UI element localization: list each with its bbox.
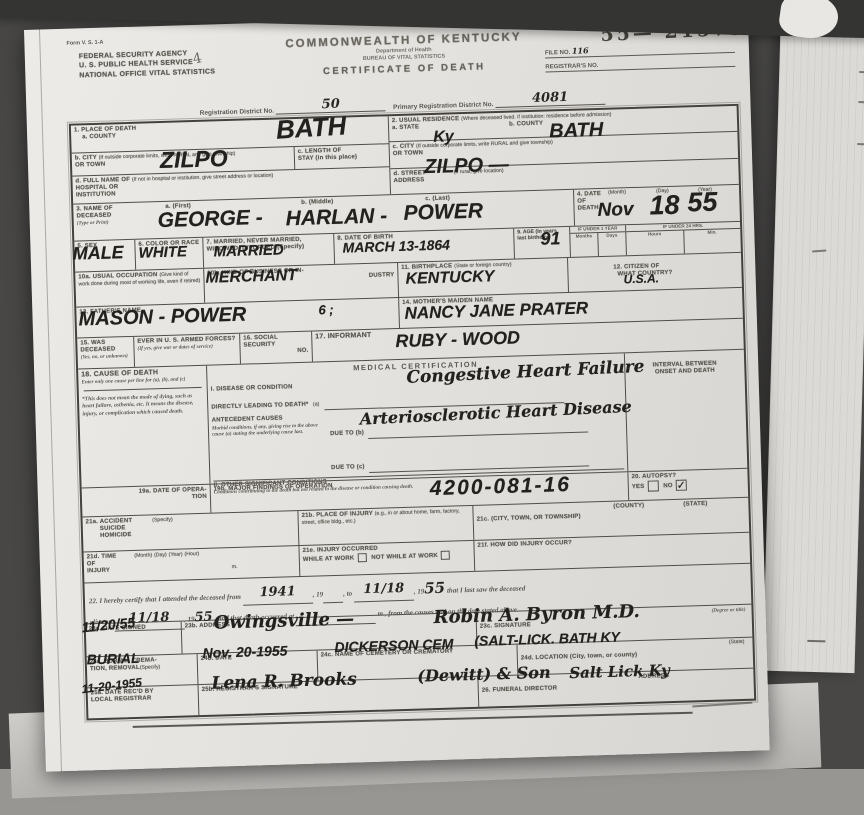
age-label-2: last birthday) bbox=[517, 235, 566, 242]
not-while-2: AT WORK bbox=[408, 553, 438, 560]
autopsy-yes-label: YES bbox=[632, 484, 645, 490]
certificate-form-box: 1. PLACE OF DEATH a. COUNTY b. CITY (If … bbox=[69, 104, 756, 721]
residence-city-label-text: c. CITY bbox=[393, 144, 415, 151]
middle-name-label: b. (Middle) bbox=[301, 199, 333, 207]
certify-p1: 22. I hereby certify that I attended the… bbox=[89, 593, 241, 606]
paper-fold-line bbox=[39, 30, 62, 772]
field-marital: 7. MARRIED, NEVER MARRIED, WIDOWED, DIVO… bbox=[202, 234, 334, 268]
not-while-label: NOT WHILE AT WORK bbox=[371, 553, 438, 561]
certify-p2: , 19 bbox=[313, 590, 324, 598]
street-label-text: d. STREET bbox=[393, 170, 426, 177]
field-cemetery: 24c. NAME OF CEMETERY OR CREMATORY bbox=[317, 645, 518, 681]
not-while-checkbox bbox=[441, 550, 450, 559]
pencil-line-bottom-right bbox=[692, 702, 752, 708]
under-1-year-cols: Months Days bbox=[570, 232, 626, 257]
state-label: a. STATE bbox=[392, 124, 419, 131]
burial-note: (Specify) bbox=[140, 664, 161, 671]
autopsy-options: YES NO✓ bbox=[632, 478, 745, 492]
while-at-work-label: WHILE AT WORK bbox=[303, 555, 355, 563]
injury-city-label: 21c. (CITY, TOWN, OR TOWNSHIP) bbox=[477, 514, 581, 523]
section-place-of-death: 1. PLACE OF DEATH a. COUNTY b. CITY (If … bbox=[71, 116, 390, 203]
field-accident-suicide: 21a. ACCIDENT (Specify) SUICIDE HOMICIDE bbox=[82, 511, 298, 551]
registrar-no-line: REGISTRAR'S NO. bbox=[545, 59, 735, 73]
field-citizen: 12. CITIZEN OF WHAT COUNTRY? bbox=[567, 253, 742, 292]
time-injury-month: (Month) bbox=[118, 552, 152, 559]
hw-attended-to-yr: 55 bbox=[424, 579, 445, 598]
commonwealth-block: COMMONWEALTH OF KENTUCKY Department of H… bbox=[278, 31, 529, 78]
field-burial-date: 24b. DATE bbox=[197, 651, 318, 685]
date-signed-label: 23a. DATE SIGNED bbox=[89, 624, 178, 634]
field-sex: 5. SEX bbox=[74, 240, 135, 272]
field-date-signed: 23a. DATE SIGNED bbox=[86, 622, 182, 657]
birthplace-label-text: 11. BIRTHPLACE bbox=[401, 263, 452, 271]
burial-date-label: 24b. DATE bbox=[201, 653, 314, 663]
months-col: Months bbox=[570, 233, 598, 257]
field-place-of-injury: 21b. PLACE OF INJURY (e.g., in or about … bbox=[297, 506, 473, 545]
funeral-director-label: 26. FUNERAL DIRECTOR bbox=[482, 685, 558, 693]
reg-district-label: Registration District No. bbox=[200, 108, 275, 117]
field-under-1-year: IF UNDER 1 YEAR Months Days bbox=[569, 225, 626, 257]
burial-state-label: (State) bbox=[729, 640, 745, 646]
residence-county-label: b. COUNTY bbox=[509, 121, 543, 128]
hours-col: Hours bbox=[626, 230, 683, 255]
row-cause-of-death: 18. CAUSE OF DEATH Enter only one cause … bbox=[78, 349, 747, 488]
accident-note: (Specify) bbox=[134, 517, 173, 524]
burial-location-label: 24d. LOCATION (City, town, or county) bbox=[521, 652, 638, 661]
autopsy-yes-checkbox bbox=[647, 480, 658, 491]
autopsy-no-checkbox: ✓ bbox=[676, 479, 687, 490]
field-autopsy: 20. AUTOPSY? YES NO✓ bbox=[627, 469, 748, 501]
cause-divider bbox=[84, 387, 202, 392]
reg-district-blank: 50 bbox=[276, 95, 386, 114]
time-injury-day: (Day) bbox=[154, 552, 167, 558]
primary-district-label: Primary Registration District No. bbox=[393, 101, 494, 111]
a-label: (a) bbox=[313, 401, 320, 407]
section-medical-certification: MEDICAL CERTIFICATION I. DISEASE OR COND… bbox=[206, 353, 627, 483]
due-c-label: DUE TO (c) bbox=[331, 464, 365, 471]
armed-label: 15. WAS DECEASED bbox=[80, 339, 130, 354]
city-label-text: b. CITY bbox=[75, 155, 97, 162]
microfilm-death-certificate-scan: 4 Form V. S. 1-A FEDERAL SECURITY AGENCY… bbox=[0, 0, 864, 815]
cause-footnote: *This does not mean the mode of dying, s… bbox=[82, 393, 205, 418]
autopsy-no-label: NO bbox=[663, 483, 673, 489]
cause-b-blank bbox=[369, 431, 589, 439]
fd-address-label: ADDRESS bbox=[638, 673, 669, 681]
while-at-1: WHILE AT bbox=[303, 556, 333, 563]
file-no-label: FILE NO. bbox=[545, 50, 571, 57]
certify-p5: that I last saw the deceased bbox=[447, 584, 526, 594]
field-business: 10b. KIND OF BUSINESS OR IN- DUSTRY bbox=[203, 263, 398, 303]
form-number: Form V. S. 1-A bbox=[66, 40, 103, 47]
place-injury-label-text: 21b. PLACE OF INJURY bbox=[301, 511, 373, 519]
due-to-lines: DUE TO (b) DUE TO (c) bbox=[330, 413, 624, 474]
hw-attended-to: 11/18 bbox=[363, 581, 404, 597]
birthplace-note: (State or foreign country) bbox=[454, 262, 512, 270]
part1-label: I. DISEASE OR CONDITION bbox=[211, 384, 293, 392]
section-cause-left: 18. CAUSE OF DEATH Enter only one cause … bbox=[78, 366, 209, 488]
file-no-line: FILE NO. 116 bbox=[545, 41, 735, 59]
adjacent-page-texture bbox=[763, 0, 864, 673]
birthplace-label: 11. BIRTHPLACE (State or foreign country… bbox=[401, 260, 564, 272]
dod-year-label: (Year) bbox=[698, 188, 712, 194]
time-injury-d3: INJURY bbox=[87, 568, 110, 575]
hw-reg-district: 50 bbox=[321, 97, 340, 113]
field-birthplace: 11. BIRTHPLACE (State or foreign country… bbox=[397, 258, 568, 297]
edge-text-speck bbox=[859, 71, 864, 73]
occupation-label: 10a. USUAL OCCUPATION (Give kind of work… bbox=[78, 271, 200, 289]
field-armed-forces-b: EVER IN U. S. ARMED FORCES? (If yes, giv… bbox=[133, 334, 240, 367]
field-age: 9. AGE (In years last birthday) bbox=[513, 227, 570, 259]
burial-label-2-text: TION, REMOVAL bbox=[90, 665, 140, 672]
place-injury-label: 21b. PLACE OF INJURY (e.g., in or about … bbox=[301, 508, 469, 527]
field-race: 6. COLOR OR RACE bbox=[134, 238, 203, 270]
field-injury-occurred: 21e. INJURY OCCURRED WHILE AT WORK NOT W… bbox=[298, 541, 474, 576]
min-col: Min. bbox=[683, 228, 741, 253]
field-armed-forces-a: 15. WAS DECEASED (Yes, no, or unknown) bbox=[77, 337, 134, 369]
armed-note: (Yes, no, or unknown) bbox=[81, 353, 131, 360]
due-b-label: DUE TO (b) bbox=[330, 430, 364, 437]
degree-note: (Degree or title) bbox=[711, 607, 745, 614]
field-interval: INTERVAL BETWEEN ONSET AND DEATH bbox=[624, 350, 747, 472]
cemetery-label: 24c. NAME OF CEMETERY OR CREMATORY bbox=[321, 647, 514, 660]
not-while-1: NOT WHILE bbox=[371, 554, 407, 561]
time-injury-year: (Year) bbox=[169, 552, 183, 558]
morbid-note: Morbid conditions, if any, giving rise t… bbox=[212, 422, 331, 477]
edge-text-speck bbox=[858, 101, 864, 103]
injury-state-label: (STATE) bbox=[683, 501, 707, 509]
section-usual-residence: 2. USUAL RESIDENCE (Where deceased lived… bbox=[388, 106, 739, 194]
field-burial-type: 24a. BURIAL, CREMA- TION, REMOVAL(Specif… bbox=[87, 654, 198, 687]
last-name-label: c. (Last) bbox=[425, 195, 450, 203]
under-24-hrs-cols: Hours Min. bbox=[626, 228, 741, 255]
first-name-label: a. (First) bbox=[165, 203, 191, 211]
dod-day-label: (Day) bbox=[656, 189, 669, 195]
file-no-value: 116 bbox=[572, 45, 589, 55]
field-date-of-birth: 8. DATE OF BIRTH bbox=[333, 229, 514, 264]
field-length-of-stay: c. LENGTH OF STAY (in this place) bbox=[294, 144, 390, 169]
certify-from-blank: 1941 bbox=[242, 582, 313, 606]
hw-primary-district: 4081 bbox=[532, 90, 569, 106]
edge-text-speck bbox=[857, 143, 864, 145]
registrar-no-label: REGISTRAR'S NO. bbox=[545, 63, 598, 71]
while-at-work-checkbox bbox=[357, 553, 366, 562]
while-at-2: WORK bbox=[335, 555, 355, 562]
certify-to-blank: 11/18 bbox=[353, 579, 414, 603]
field-occupation: 10a. USUAL OCCUPATION (Give kind of work… bbox=[75, 269, 204, 307]
field-date-received: 25a. DATE REC'D BY LOCAL REGISTRAR bbox=[88, 685, 199, 718]
field-time-of-injury: 21d. TIME (Month) (Day) (Year) (Hour) OF… bbox=[84, 546, 300, 582]
sex-label: 5. SEX bbox=[77, 242, 131, 250]
dob-label: 8. DATE OF BIRTH bbox=[337, 231, 510, 243]
section-date-of-death: 4. DATE OF DEATH (Month) (Day) (Year) bbox=[573, 185, 740, 226]
street-note: (If rural, give location) bbox=[428, 167, 504, 175]
hw-attended-from: 1941 bbox=[259, 584, 296, 600]
adjacent-page bbox=[763, 0, 864, 673]
field-ssn: 16. SOCIAL SECURITY NO. bbox=[239, 332, 312, 364]
blank-line bbox=[323, 602, 343, 604]
primary-district-blank: 4081 bbox=[495, 89, 605, 108]
agency-block: FEDERAL SECURITY AGENCY U. S. PUBLIC HEA… bbox=[79, 48, 216, 80]
part1-label-2: DIRECTLY LEADING TO DEATH* bbox=[211, 402, 308, 411]
antecedent-row: Morbid conditions, if any, giving rise t… bbox=[212, 413, 624, 477]
race-label: 6. COLOR OR RACE bbox=[138, 240, 199, 249]
time-injury-d: 21d. TIME bbox=[87, 553, 117, 560]
field-under-24-hrs: IF UNDER 24 HRS. Hours Min. bbox=[625, 222, 741, 255]
time-injury-hour: (Hour) bbox=[184, 551, 199, 557]
injury-county-label: (COUNTY) bbox=[613, 503, 644, 511]
certificate-paper: 4 Form V. S. 1-A FEDERAL SECURITY AGENCY… bbox=[24, 9, 770, 772]
certify-p3: , to bbox=[343, 590, 352, 598]
field-date-of-operation: 19a. DATE OF OPERA- TION bbox=[82, 485, 211, 517]
signature-label: 23c. SIGNATURE bbox=[480, 622, 531, 630]
dod-month-label: (Month) bbox=[608, 190, 626, 196]
days-col: Days bbox=[597, 232, 626, 256]
